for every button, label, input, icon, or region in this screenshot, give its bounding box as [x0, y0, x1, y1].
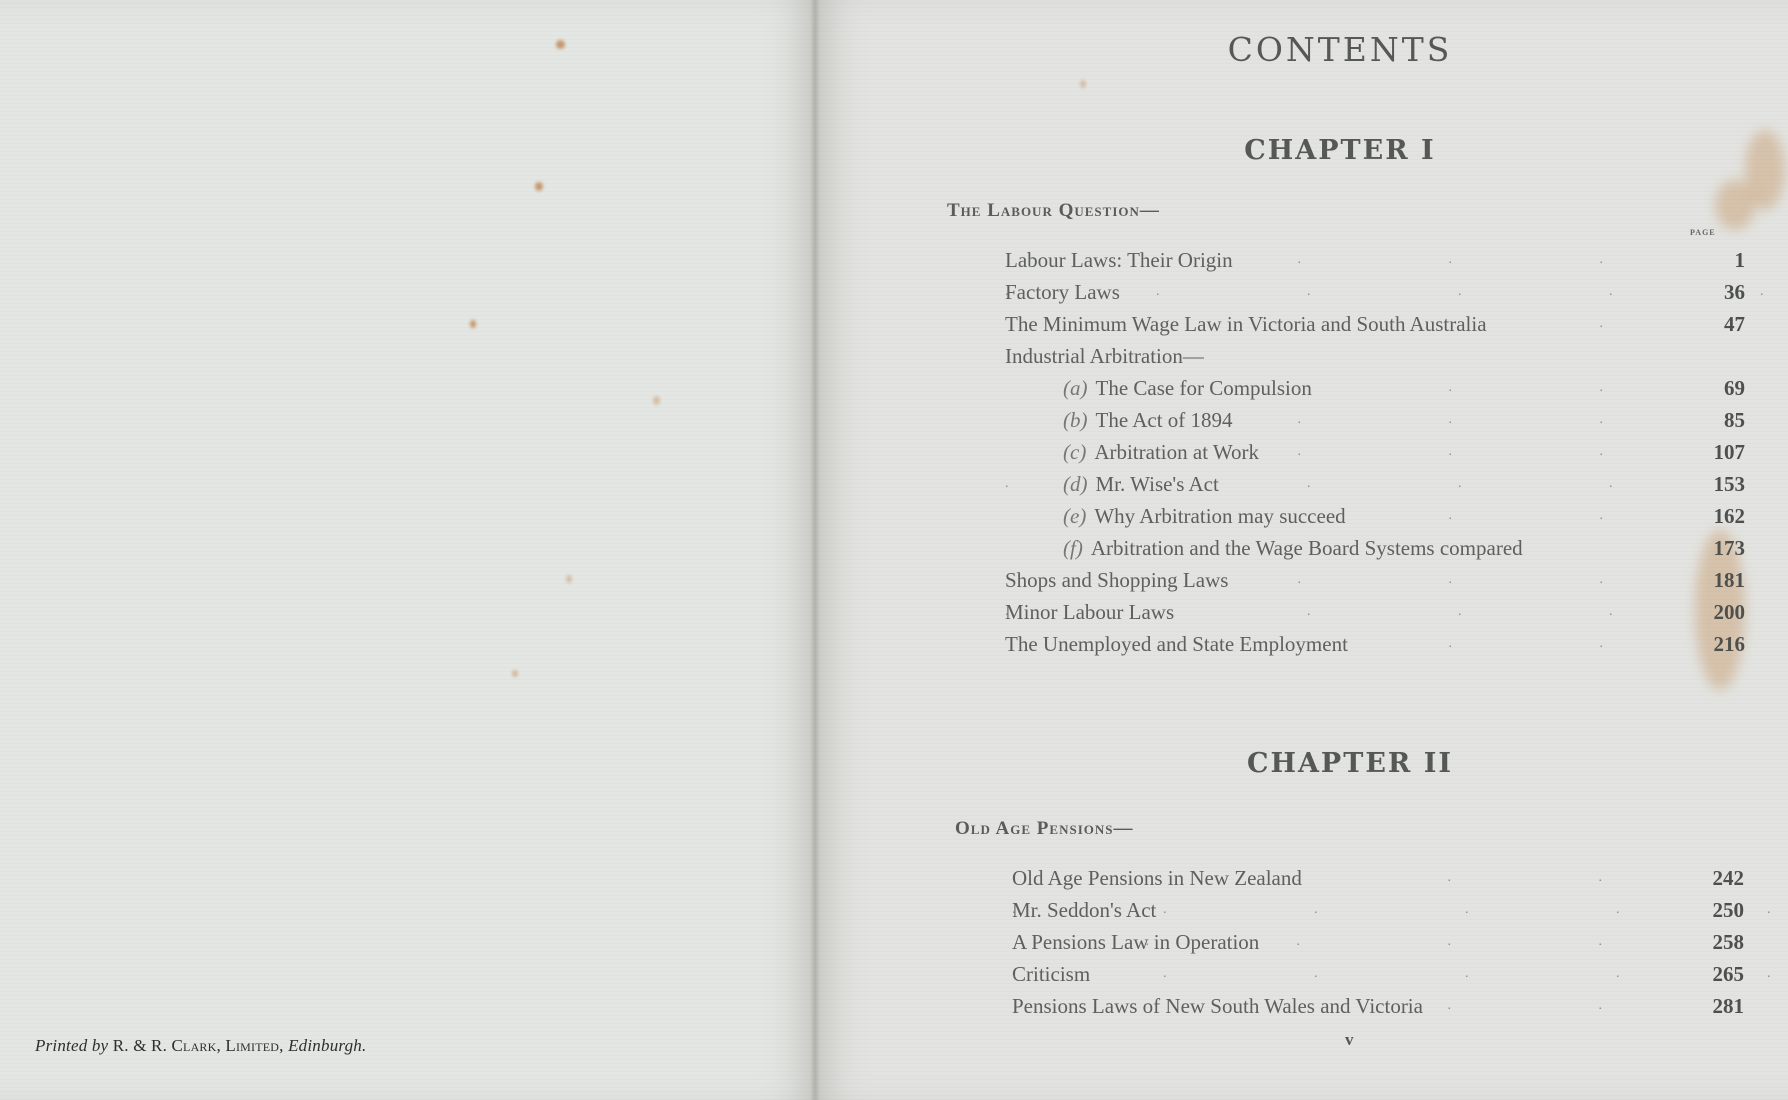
toc-entry-page: 36: [1685, 276, 1745, 308]
toc-entry: Pensions Laws of New South Wales and Vic…: [1012, 990, 1744, 1022]
leader-dots: . . .: [1012, 862, 1674, 894]
toc-entry-page: 250: [1684, 894, 1744, 926]
toc-entry-page: 242: [1684, 862, 1744, 894]
leader-dots: . . . . . .: [1012, 894, 1674, 926]
leader-dots: . .: [1012, 990, 1674, 1022]
toc-entry: Old Age Pensions in New Zealand . . . 24…: [1012, 862, 1744, 894]
toc-entry-page: 200: [1685, 596, 1745, 628]
toc-entry-title: Industrial Arbitration—: [1005, 340, 1204, 372]
toc-entry: Minor Labour Laws . . . . . 200: [1005, 596, 1745, 628]
toc-entry: Factory Laws . . . . . . 36: [1005, 276, 1745, 308]
toc-entry: Mr. Seddon's Act . . . . . . 250: [1012, 894, 1744, 926]
leader-dots: . . . .: [1005, 564, 1675, 596]
page-column-label: PAGE: [1690, 228, 1716, 237]
toc-entry-page: 153: [1685, 468, 1745, 500]
toc-entry-page: 281: [1684, 990, 1744, 1022]
toc-entry: Shops and Shopping Laws . . . . 181: [1005, 564, 1745, 596]
left-page: Printed by R. & R. Clark, Limited, Edinb…: [0, 0, 815, 1100]
toc-entry-page: 107: [1685, 436, 1745, 468]
toc-entry-group: Industrial Arbitration—: [1005, 340, 1745, 372]
toc-subentry: (e)Why Arbitration may succeed . . . 162: [1005, 500, 1745, 532]
toc-subentry: (f)Arbitration and the Wage Board System…: [1005, 532, 1745, 564]
toc-entry-page: 1: [1685, 244, 1745, 276]
toc-entry-page: 85: [1685, 404, 1745, 436]
leader-dots: . . . . .: [1005, 468, 1675, 500]
toc-entry-page: 69: [1685, 372, 1745, 404]
foxing-stain: [1715, 180, 1755, 230]
chapter-2-entries: Old Age Pensions in New Zealand . . . 24…: [1012, 862, 1744, 1022]
leader-dots: . . .: [1005, 500, 1675, 532]
book-gutter: [810, 0, 820, 1100]
contents-heading: CONTENTS: [1180, 30, 1500, 69]
toc-entry-page: 181: [1685, 564, 1745, 596]
toc-entry-page: 162: [1685, 500, 1745, 532]
leader-dots: . . . . . . .: [1012, 958, 1674, 990]
foxing-spot: [512, 670, 518, 677]
leader-dots: .: [1005, 308, 1675, 340]
foxing-spot: [470, 320, 476, 328]
toc-subentry: (d)Mr. Wise's Act . . . . . 153: [1005, 468, 1745, 500]
leader-dots: . . .: [1005, 628, 1675, 660]
toc-entry: Labour Laws: Their Origin . . . 1: [1005, 244, 1745, 276]
printer-imprint: Printed by R. & R. Clark, Limited, Edinb…: [35, 1036, 366, 1056]
chapter-1-heading: CHAPTER I: [1180, 135, 1500, 166]
toc-entry: Criticism . . . . . . . 265: [1012, 958, 1744, 990]
foxing-spot: [653, 396, 660, 405]
toc-entry: The Unemployed and State Employment . . …: [1005, 628, 1745, 660]
leader-dots: . . . . . .: [1005, 276, 1675, 308]
leader-dots: . . . .: [1005, 372, 1675, 404]
toc-entry-page: 216: [1685, 628, 1745, 660]
toc-entry-page: 173: [1685, 532, 1745, 564]
foxing-spot: [535, 182, 543, 191]
toc-entry-title: Arbitration and the Wage Board Systems c…: [1091, 536, 1523, 560]
subentry-mark: (f): [1063, 536, 1083, 560]
toc-entry: The Minimum Wage Law in Victoria and Sou…: [1005, 308, 1745, 340]
chapter-2-heading: CHAPTER II: [1190, 748, 1510, 779]
imprint-prefix: Printed by: [35, 1036, 108, 1055]
toc-entry: A Pensions Law in Operation . . . . 258: [1012, 926, 1744, 958]
imprint-place: Edinburgh.: [288, 1036, 366, 1055]
foxing-spot: [566, 575, 572, 583]
toc-subentry: (a)The Case for Compulsion . . . . 69: [1005, 372, 1745, 404]
leader-dots: . . .: [1005, 244, 1675, 276]
page-folio: v: [1345, 1030, 1354, 1050]
toc-entry-page: 265: [1684, 958, 1744, 990]
chapter-1-entries: Labour Laws: Their Origin . . . 1 Factor…: [1005, 244, 1745, 660]
toc-subentry: (c)Arbitration at Work . . . . 107: [1005, 436, 1745, 468]
leader-dots: . . . .: [1012, 926, 1674, 958]
foxing-spot: [1080, 80, 1086, 88]
toc-entry-page: 258: [1684, 926, 1744, 958]
toc-entry-page: 47: [1685, 308, 1745, 340]
chapter-1-section: The Labour Question—: [947, 200, 1160, 222]
leader-dots: . . . . .: [1005, 596, 1675, 628]
toc-subentry: (b)The Act of 1894 . . . . 85: [1005, 404, 1745, 436]
leader-dots: . . . .: [1005, 404, 1675, 436]
leader-dots: . . . .: [1005, 436, 1675, 468]
foxing-spot: [556, 40, 565, 49]
imprint-printer: R. & R. Clark, Limited,: [113, 1036, 284, 1055]
chapter-2-section: Old Age Pensions—: [955, 818, 1133, 840]
